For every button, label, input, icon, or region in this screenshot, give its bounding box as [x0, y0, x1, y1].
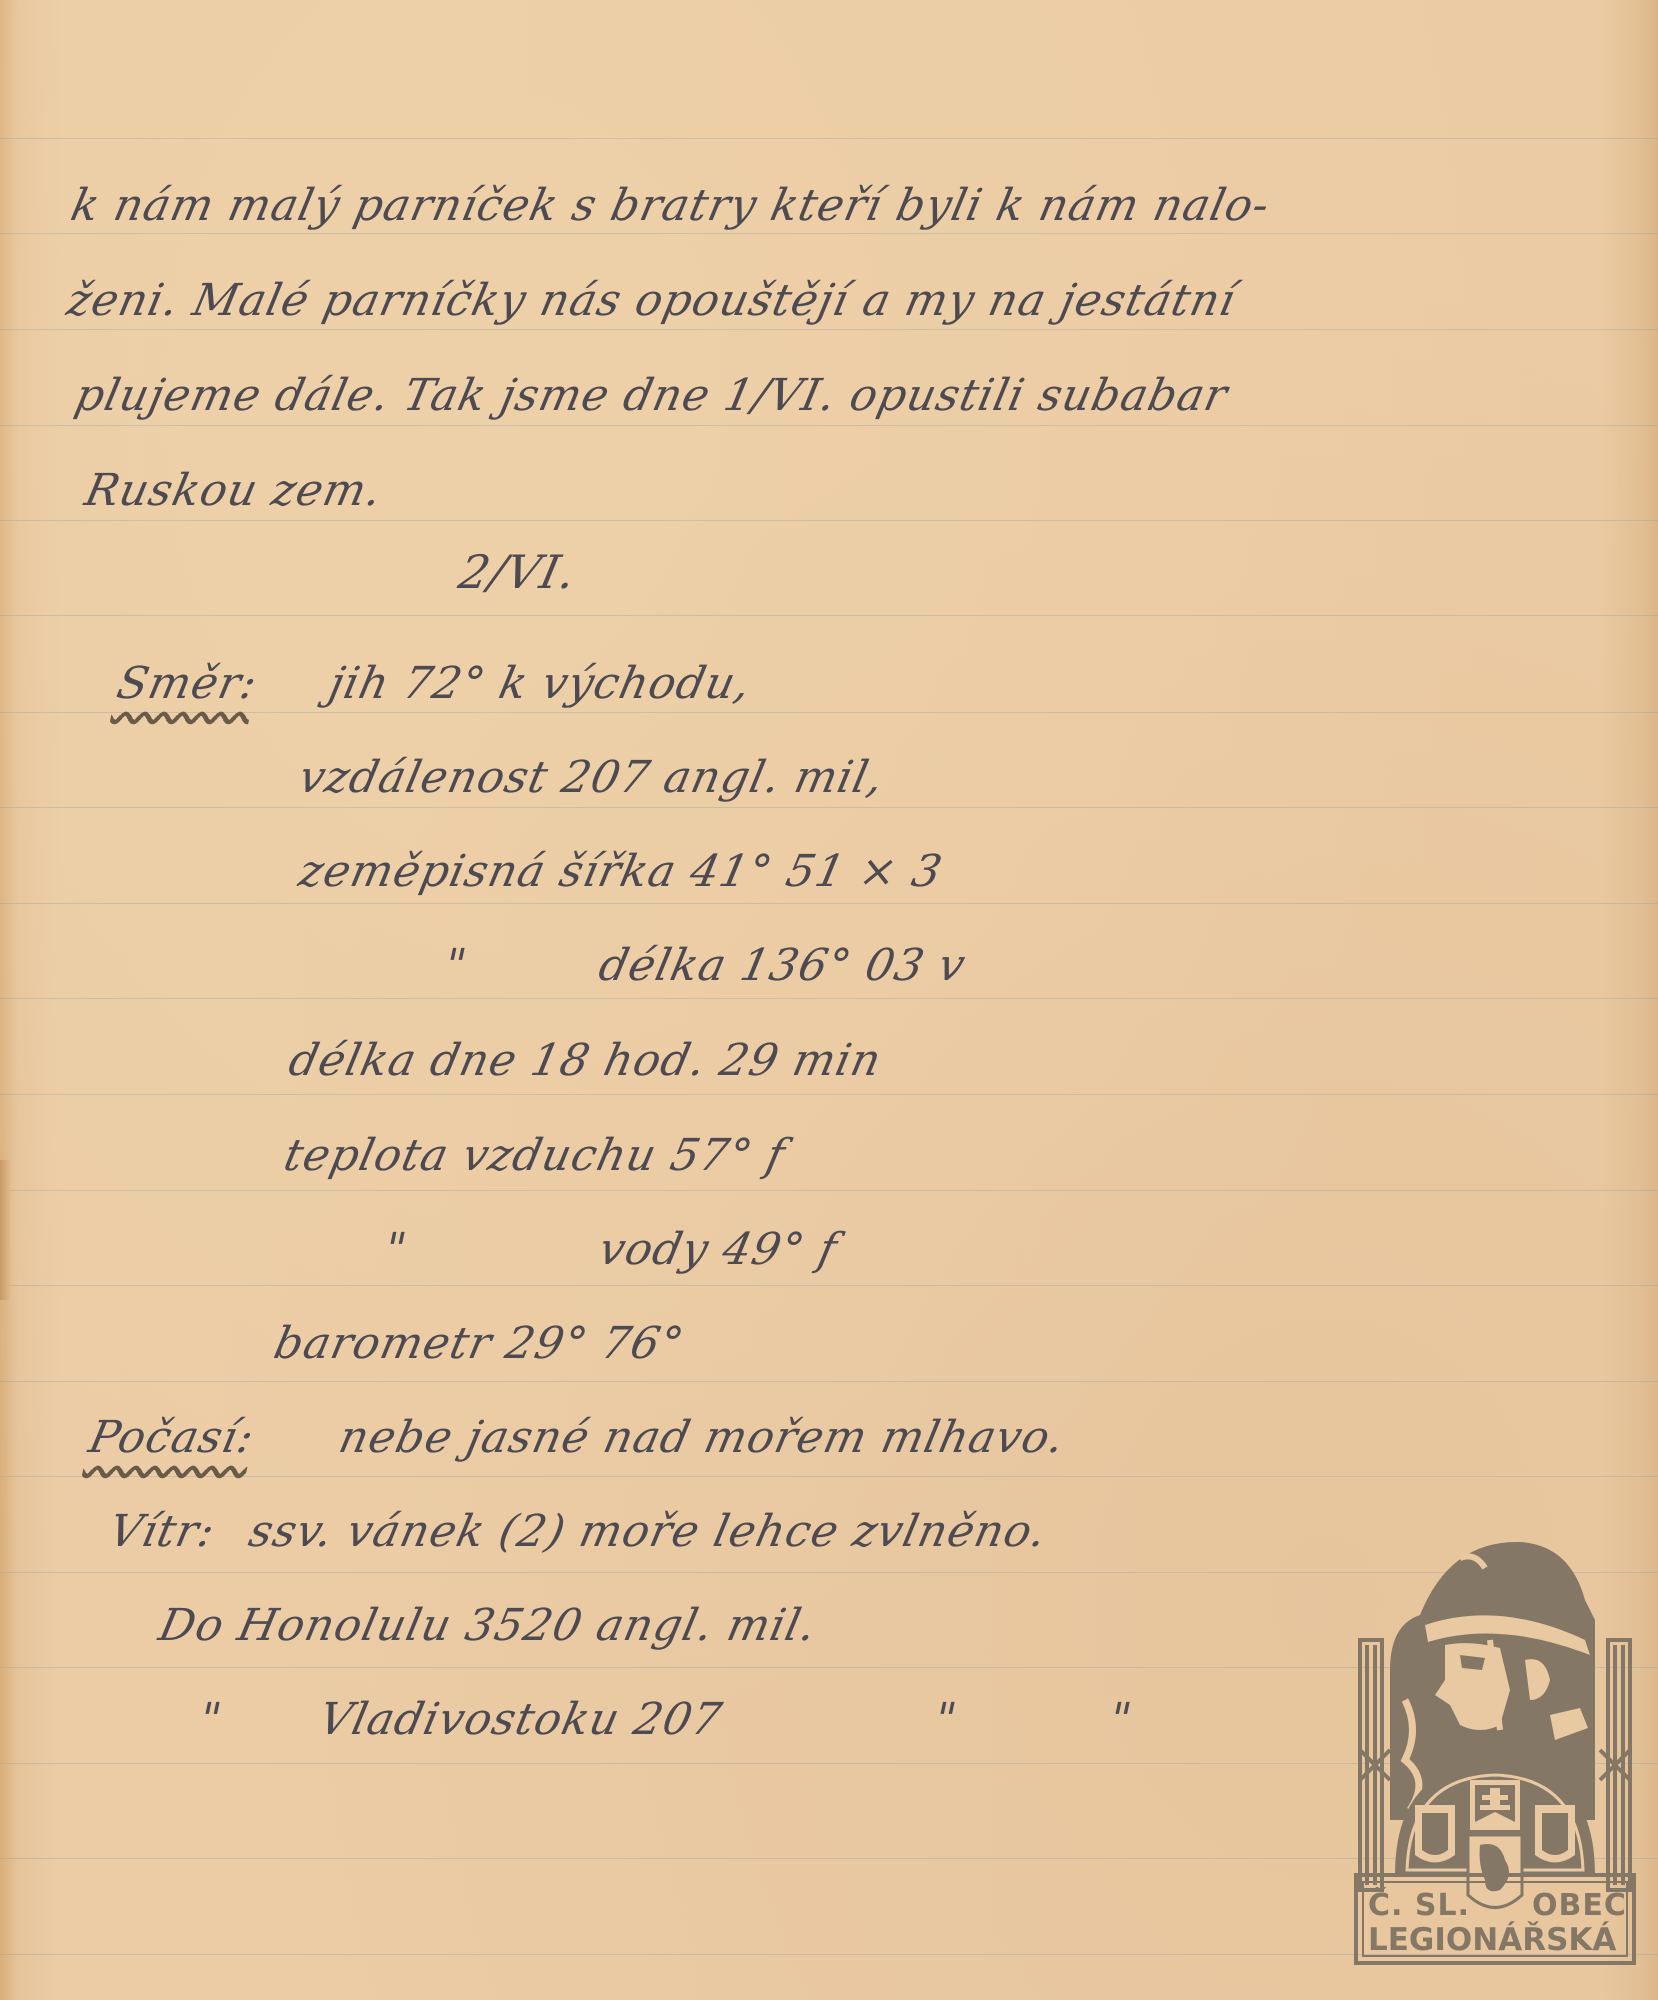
- stamp-text-right: OBEC: [1532, 1888, 1627, 1923]
- ruled-line: [0, 1094, 1658, 1095]
- entry-date: 2/VI.: [454, 545, 581, 599]
- day-length: délka dne 18 hod. 29 min: [285, 1035, 887, 1086]
- air-temperature: teplota vzduchu 57° f: [280, 1130, 790, 1181]
- ruled-line: [0, 1190, 1658, 1191]
- ruled-line: [0, 138, 1658, 139]
- text-line: Ruskou zem.: [81, 465, 387, 516]
- diary-page: k nám malý parníček s bratry kteří byli …: [0, 0, 1658, 2000]
- distance: vzdálenost 207 angl. mil,: [295, 752, 889, 803]
- ruled-line: [0, 1381, 1658, 1382]
- ditto-mark: ": [1105, 1694, 1137, 1745]
- wind-label: Vítr:: [105, 1506, 220, 1557]
- stamp-text-left: Č. SL.: [1368, 1888, 1470, 1923]
- distance-to-honolulu: Do Honolulu 3520 angl. mil.: [155, 1600, 822, 1651]
- longitude: délka 136° 03 v: [595, 940, 971, 991]
- direction-value: jih 72° k východu,: [325, 658, 756, 709]
- ruled-line: [0, 1476, 1658, 1477]
- text-line: k nám malý parníček s bratry kteří byli …: [67, 180, 1275, 231]
- ruled-line: [0, 425, 1658, 426]
- direction-label: Směr:: [113, 658, 263, 709]
- latitude: zeměpisná šířka 41° 51 × 3: [295, 846, 948, 897]
- ruled-line: [0, 807, 1658, 808]
- ditto-mark: ": [930, 1694, 962, 1745]
- ruled-line: [0, 520, 1658, 521]
- weather-label: Počasí:: [85, 1412, 260, 1463]
- ruled-line: [0, 329, 1658, 330]
- ruled-line: [0, 233, 1658, 234]
- text-line: ženi. Malé parníčky nás opouštějí a my n…: [63, 275, 1241, 326]
- text-line: plujeme dále. Tak jsme dne 1/VI. opustil…: [71, 370, 1233, 421]
- legion-stamp-logo: Č. SL. OBEC LEGIONÁŘSKÁ: [1350, 1530, 1640, 1970]
- water-temperature: vody 49° f: [595, 1224, 842, 1275]
- weather-value: nebe jasné nad mořem mlhavo.: [335, 1412, 1070, 1463]
- ditto-mark: ": [380, 1224, 412, 1275]
- binding-edge: [0, 1160, 10, 1300]
- ruled-line: [0, 998, 1658, 999]
- ruled-line: [0, 615, 1658, 616]
- stamp-text-bottom: LEGIONÁŘSKÁ: [1368, 1922, 1616, 1958]
- barometer: barometr 29° 76°: [270, 1318, 689, 1369]
- ruled-line: [0, 903, 1658, 904]
- ditto-mark: ": [440, 940, 472, 991]
- ruled-line: [0, 1285, 1658, 1286]
- ditto-mark: ": [195, 1694, 227, 1745]
- ruled-line: [0, 712, 1658, 713]
- wind-value: ssv. vánek (2) moře lehce zvlněno.: [245, 1506, 1052, 1557]
- distance-to-vladivostok: Vladivostoku 207: [315, 1694, 727, 1745]
